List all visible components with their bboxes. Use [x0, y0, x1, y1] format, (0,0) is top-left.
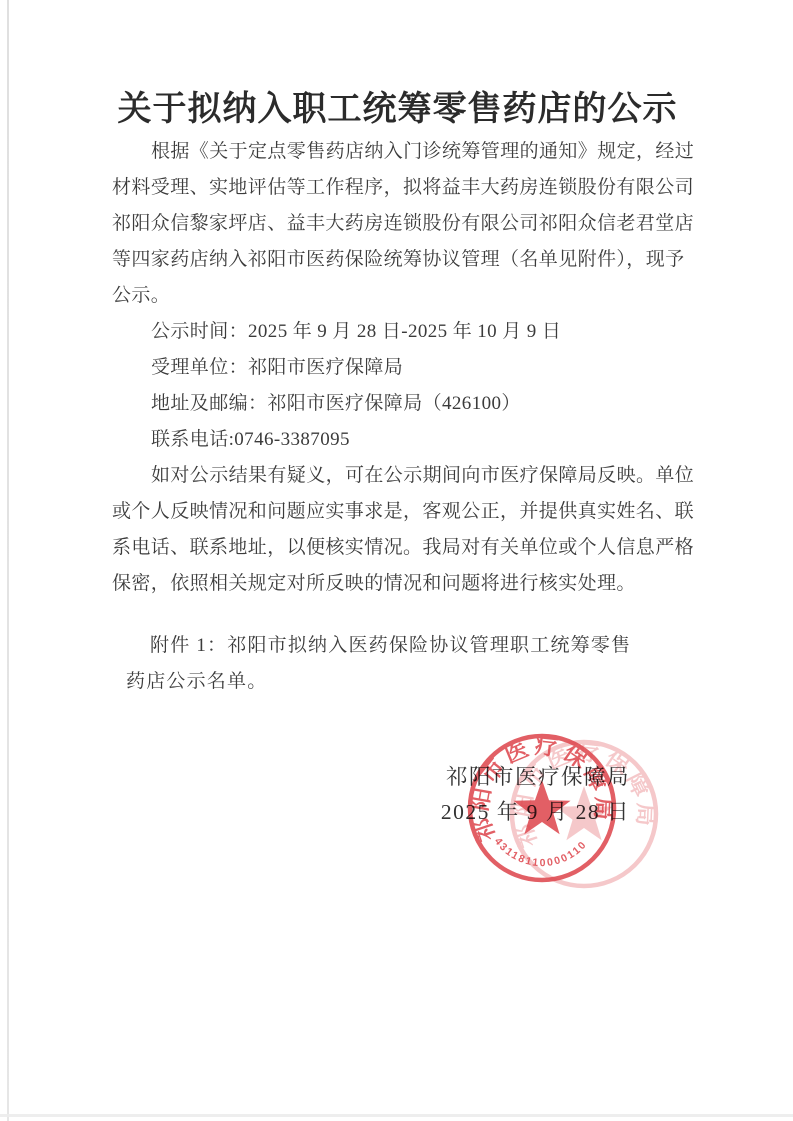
- document-page: 关于拟纳入职工统筹零售药店的公示 根据《关于定点零售药店纳入门诊统筹管理的通知》…: [0, 0, 793, 700]
- document-title: 关于拟纳入职工统筹零售药店的公示: [106, 88, 689, 130]
- attachment-note: 附件 1：祁阳市拟纳入医药保险协议管理职工统筹零售 药店公示名单。: [112, 628, 689, 700]
- signature-block: 祁阳市医疗保障局 2025 年 9 月 28 日: [0, 760, 630, 830]
- address-postcode-line: 地址及邮编：祁阳市医疗保障局（426100）: [112, 386, 689, 422]
- attachment-line: 药店公示名单。: [126, 664, 689, 700]
- text-line: 如对公示结果有疑义，可在公示期间向市医疗保障局反映。单位: [112, 458, 689, 494]
- text-line: 系电话、联系地址，以便核实情况。我局对有关单位或个人信息严格: [112, 530, 689, 566]
- intro-paragraph: 根据《关于定点零售药店纳入门诊统筹管理的通知》规定，经过 材料受理、实地评估等工…: [112, 134, 689, 314]
- info-block: 公示时间：2025 年 9 月 28 日-2025 年 10 月 9 日 受理单…: [112, 314, 689, 458]
- text-line: 根据《关于定点零售药店纳入门诊统筹管理的通知》规定，经过: [112, 134, 689, 170]
- text-line: 公示。: [112, 278, 689, 314]
- text-line: 材料受理、实地评估等工作程序，拟将益丰大药房连锁股份有限公司: [112, 170, 689, 206]
- publicity-period-line: 公示时间：2025 年 9 月 28 日-2025 年 10 月 9 日: [112, 314, 689, 350]
- accepting-unit-line: 受理单位：祁阳市医疗保障局: [112, 350, 689, 386]
- svg-text:43118110000110: 43118110000110: [492, 836, 590, 870]
- text-line: 等四家药店纳入祁阳市医药保险统筹协议管理（名单见附件），现予: [112, 242, 689, 278]
- seal-code: 43118110000110: [492, 836, 590, 870]
- signature-date: 2025 年 9 月 28 日: [0, 795, 630, 830]
- contact-phone-line: 联系电话:0746-3387095: [112, 422, 689, 458]
- feedback-paragraph: 如对公示结果有疑义，可在公示期间向市医疗保障局反映。单位 或个人反映情况和问题应…: [112, 458, 689, 602]
- signature-org: 祁阳市医疗保障局: [0, 760, 630, 795]
- text-line: 或个人反映情况和问题应实事求是，客观公正，并提供真实姓名、联: [112, 494, 689, 530]
- text-line: 保密，依照相关规定对所反映的情况和问题将进行核实处理。: [112, 566, 689, 602]
- text-line: 祁阳众信黎家坪店、益丰大药房连锁股份有限公司祁阳众信老君堂店: [112, 206, 689, 242]
- scan-page-bottom-edge: [0, 1114, 793, 1117]
- attachment-line: 附件 1：祁阳市拟纳入医药保险协议管理职工统筹零售: [126, 628, 689, 664]
